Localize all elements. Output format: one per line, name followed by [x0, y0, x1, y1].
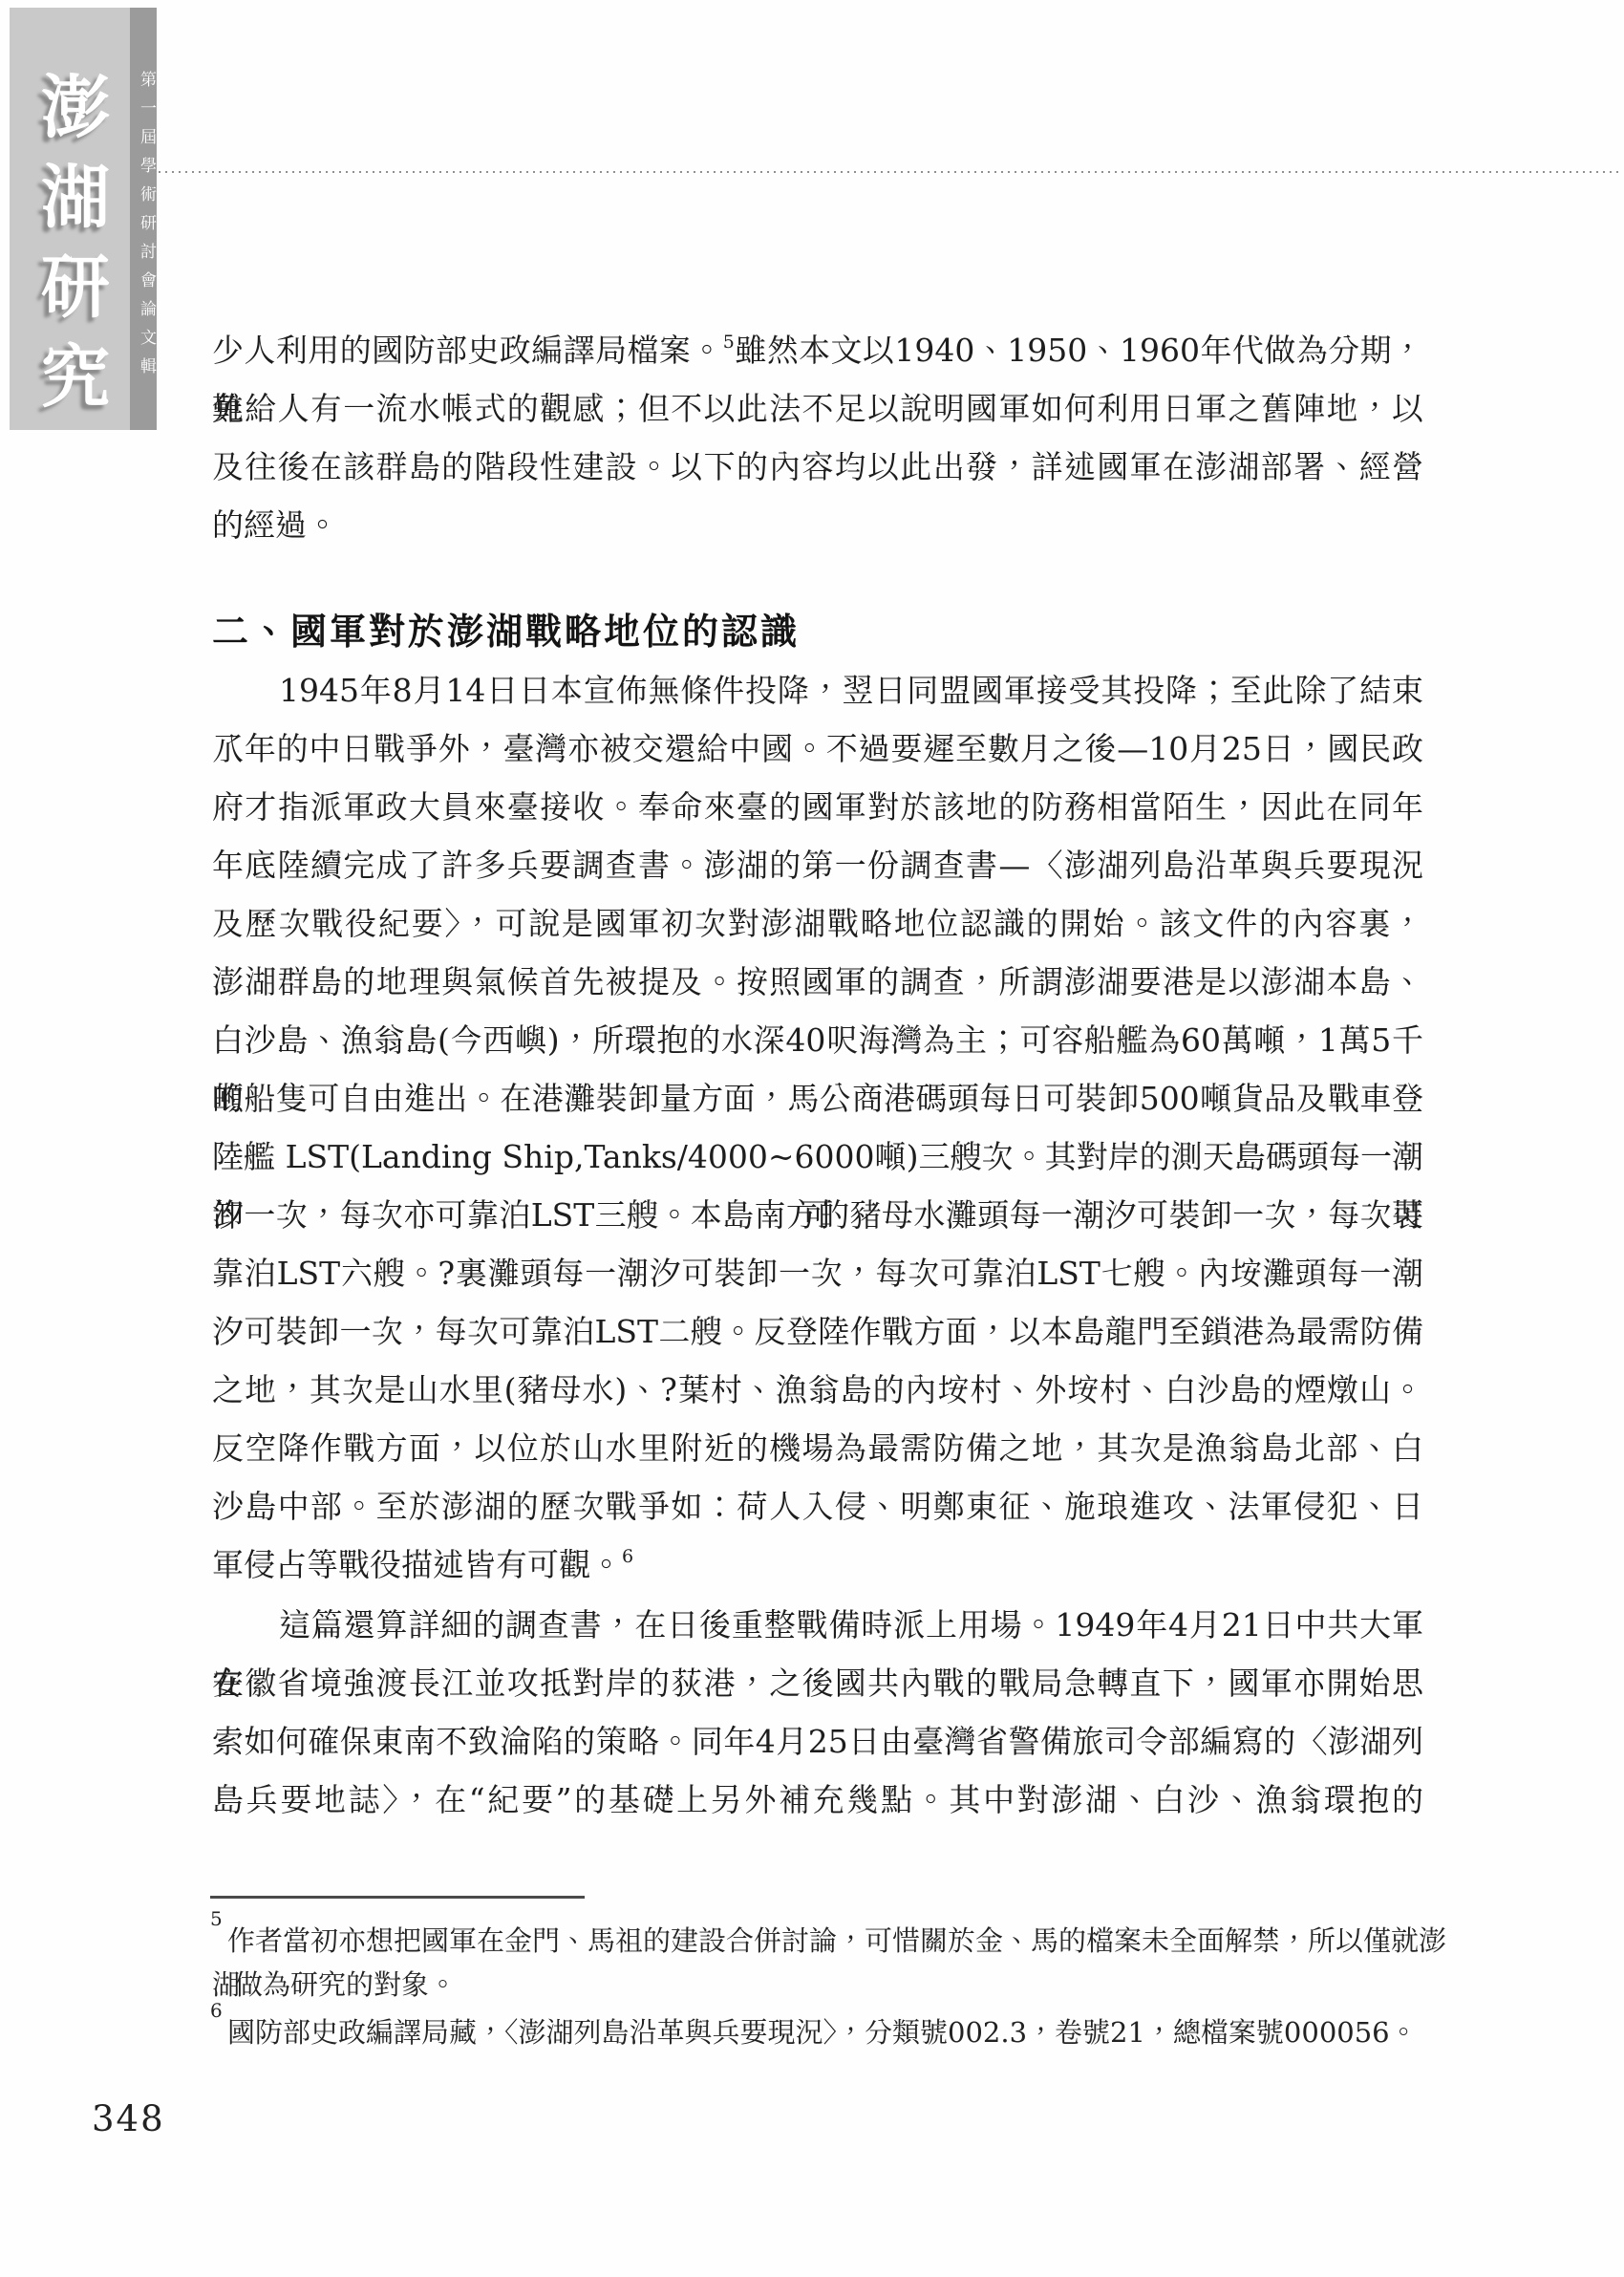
- text-line: 靠泊LST六艘。?裏灘頭每一潮汐可裝卸一次，每次可靠泊LST七艘。內垵灘頭每一潮: [212, 1244, 1423, 1302]
- text-line: 免給人有一流水帳式的觀感；但不以此法不足以說明國軍如何利用日軍之舊陣地，以: [212, 379, 1423, 438]
- text-line: 島兵要地誌〉，在“紀要”的基礎上另外補充幾點。其中對澎湖、白沙、漁翁環抱的: [212, 1771, 1423, 1829]
- series-subtitle-strip: 第一屆學術研討會論文輯: [130, 8, 157, 430]
- paragraph-third: 這篇還算詳細的調查書，在日後重整戰備時派上用場。1949年4月21日中共大軍在安…: [212, 1596, 1423, 1829]
- footnote-number: 6: [210, 1999, 223, 2022]
- text-line: 沙島中部。至於澎湖的歷次戰爭如：荷人入侵、明鄭東征、施琅進攻、法軍侵犯、日: [212, 1477, 1423, 1536]
- footnote-text: 國防部史政編譯局藏，〈澎湖列島沿革與兵要現況〉，分類號002.3，卷號21，總檔…: [212, 2010, 1454, 2054]
- text-line: 國防部史政編譯局藏，〈澎湖列島沿革與兵要現況〉，分類號002.3，卷號21，總檔…: [212, 2010, 1454, 2054]
- text-line: 做為研究的對象。: [212, 1963, 1454, 2007]
- text-line: 白沙島、漁翁島(今西嶼)，所環抱的水深40呎海灣為主；可容船艦為60萬噸，1萬5…: [212, 1011, 1423, 1069]
- text-line: 及歷次戰役紀要〉，可說是國軍初次對澎湖戰略地位認識的開始。該文件的內容裏，: [212, 894, 1423, 953]
- section-heading: 二、國軍對於澎湖戰略地位的認識: [212, 602, 1423, 655]
- text-line: 陸艦 LST(Landing Ship,Tanks/4000~6000噸)三艘次…: [212, 1128, 1423, 1186]
- text-line: 之地，其次是山水里(豬母水)、?葉村、漁翁島的內垵村、外垵村、白沙島的煙燉山。: [212, 1361, 1423, 1419]
- footnote-number: 5: [210, 1907, 223, 1930]
- text-line: 索如何確保東南不致淪陷的策略。同年4月25日由臺灣省警備旅司令部編寫的〈澎湖列: [212, 1712, 1423, 1771]
- text-line: 澎湖群島的地理與氣候首先被提及。按照國軍的調查，所謂澎湖要港是以澎湖本島、: [212, 953, 1423, 1011]
- series-title-banner: 澎湖研究: [10, 8, 130, 430]
- page-number: 348: [92, 2098, 165, 2139]
- text-line: 汐可裝卸一次，每次可靠泊LST二艘。反登陸作戰方面，以本島龍門至鎖港為最需防備: [212, 1302, 1423, 1361]
- footnote-5: 5 作者當初亦想把國軍在金門、馬祖的建設合併討論，可惜關於金、馬的檔案未全面解禁…: [212, 1919, 1454, 2007]
- text-line: 1945年8月14日日本宣佈無條件投降，翌日同盟國軍接受其投降；至此除了結束了: [212, 661, 1423, 720]
- paragraph-body: 1945年8月14日日本宣佈無條件投降，翌日同盟國軍接受其投降；至此除了結束了八…: [212, 661, 1423, 1594]
- text-line: 軍侵占等戰役描述皆有可觀。6: [212, 1536, 1423, 1594]
- text-line: 的經過。: [212, 496, 1423, 554]
- text-line: 府才指派軍政大員來臺接收。奉命來臺的國軍對於該地的防務相當陌生，因此在同年: [212, 778, 1423, 836]
- paragraph-intro: 少人利用的國防部史政編譯局檔案。5雖然本文以1940、1950、1960年代做為…: [212, 321, 1423, 554]
- text-line: 卸一次，每次亦可靠泊LST三艘。本島南方的豬母水灘頭每一潮汐可裝卸一次，每次可: [212, 1186, 1423, 1244]
- text-line: 八年的中日戰爭外，臺灣亦被交還給中國。不過要遲至數月之後—10月25日，國民政: [212, 720, 1423, 778]
- text-line: 的船隻可自由進出。在港灘裝卸量方面，馬公商港碼頭每日可裝卸500噸貨品及戰車登: [212, 1069, 1423, 1128]
- series-title-vertical-text: 澎湖研究: [34, 71, 105, 430]
- text-line: 少人利用的國防部史政編譯局檔案。5雖然本文以1940、1950、1960年代做為…: [212, 321, 1423, 379]
- header-dotted-divider: [159, 171, 1618, 173]
- text-line: 反空降作戰方面，以位於山水里附近的機場為最需防備之地，其次是漁翁島北部、白: [212, 1419, 1423, 1477]
- text-line: 安徽省境強渡長江並攻抵對岸的荻港，之後國共內戰的戰局急轉直下，國軍亦開始思: [212, 1654, 1423, 1712]
- text-line: 這篇還算詳細的調查書，在日後重整戰備時派上用場。1949年4月21日中共大軍在: [212, 1596, 1423, 1654]
- footnote-text: 作者當初亦想把國軍在金門、馬祖的建設合併討論，可惜關於金、馬的檔案未全面解禁，所…: [212, 1919, 1454, 2007]
- document-page: 澎湖研究 第一屆學術研討會論文輯 少人利用的國防部史政編譯局檔案。5雖然本文以1…: [0, 0, 1624, 2277]
- text-line: 及往後在該群島的階段性建設。以下的內容均以此出發，詳述國軍在澎湖部署、經營: [212, 438, 1423, 496]
- text-line: 作者當初亦想把國軍在金門、馬祖的建設合併討論，可惜關於金、馬的檔案未全面解禁，所…: [212, 1919, 1454, 1963]
- footnote-divider: [210, 1896, 585, 1899]
- series-subtitle-vertical-text: 第一屆學術研討會論文輯: [135, 71, 159, 386]
- footnote-6: 6 國防部史政編譯局藏，〈澎湖列島沿革與兵要現況〉，分類號002.3，卷號21，…: [212, 2010, 1454, 2054]
- text-line: 年底陸續完成了許多兵要調查書。澎湖的第一份調查書—〈澎湖列島沿革與兵要現況: [212, 836, 1423, 894]
